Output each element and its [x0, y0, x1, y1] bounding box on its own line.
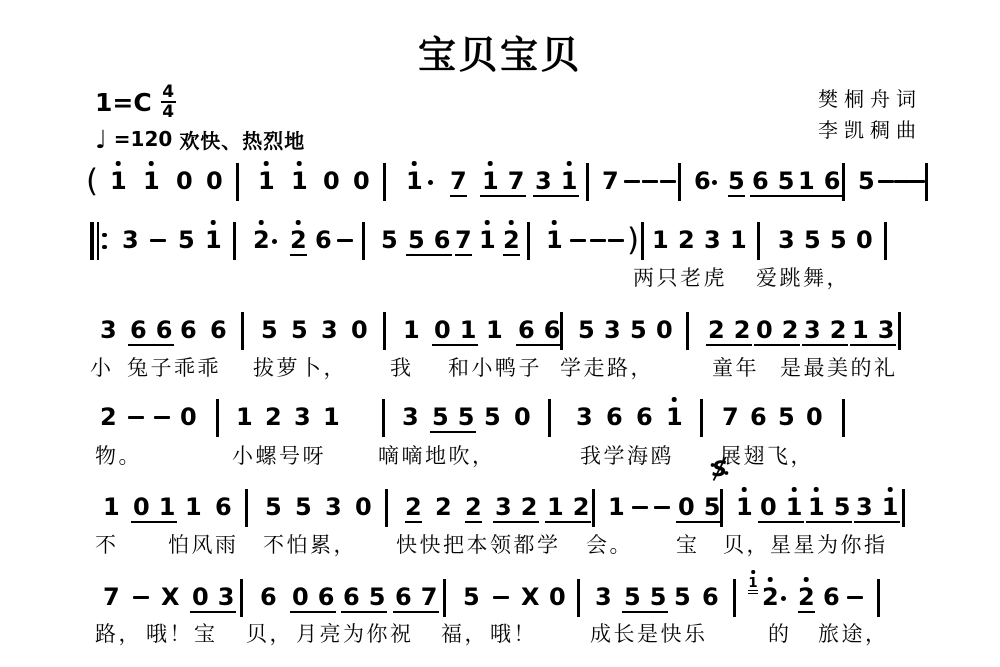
note-digit: 6: [395, 583, 412, 611]
note-digit: 1: [852, 316, 869, 344]
duration-dash: [660, 180, 676, 183]
note: 6: [750, 404, 767, 431]
note-digit: X: [521, 583, 540, 611]
note-digit: 1: [808, 493, 825, 521]
close-paren: ): [627, 221, 639, 259]
note: 0: [549, 584, 566, 611]
octave-dot: [814, 487, 819, 492]
note-digit: 5: [295, 493, 312, 521]
open-paren: (: [86, 162, 98, 200]
note-digit: 1: [406, 167, 423, 195]
barline: [236, 163, 239, 201]
note: 6: [518, 317, 535, 344]
augmentation-dot: [272, 239, 277, 244]
beamed-note-group: 67: [393, 584, 439, 613]
note: 3: [294, 404, 311, 431]
note: 6: [215, 494, 232, 521]
lyric-segment: 月亮为你祝: [296, 618, 414, 648]
lyric-segment: 星星为你指: [770, 529, 888, 559]
note-digit: 0: [856, 226, 873, 254]
lyric-line: 不怕风雨不怕累，快快把本领都学会。宝贝，星星为你指: [0, 529, 1000, 557]
note: 5: [804, 227, 821, 254]
note-digit: 1: [236, 403, 253, 431]
lyric-line: 两只老虎爱跳舞，: [0, 262, 1000, 290]
repeat-thick-bar: [90, 222, 94, 260]
lyric-line: 路，哦！宝贝，月亮为你祝福，哦！成长是快乐的旅途，: [0, 618, 1000, 646]
note: 2: [782, 317, 799, 344]
lyric-segment: 两只老虎: [633, 262, 727, 292]
note-digit: 1: [798, 167, 815, 195]
barline: [382, 399, 385, 437]
note: 6: [752, 168, 769, 195]
note-digit: 5: [408, 226, 425, 254]
note-digit: 6: [636, 403, 653, 431]
note-digit: 5: [265, 493, 282, 521]
note-digit: 5: [178, 226, 195, 254]
note: X: [521, 584, 540, 611]
beamed-note-group: 01: [758, 494, 804, 523]
barline: [842, 163, 845, 201]
note: 6: [130, 317, 147, 344]
note: 3: [704, 227, 721, 254]
note-digit: 5: [830, 226, 847, 254]
beamed-note-group: 56: [406, 227, 452, 256]
octave-dot: [211, 220, 216, 225]
barline: [592, 489, 595, 527]
note: 5: [369, 584, 386, 611]
lyric-segment: 贝，: [723, 529, 770, 559]
note: 0: [133, 494, 150, 521]
note-digit: 6: [750, 403, 767, 431]
key-label: 1=C: [95, 88, 152, 117]
note: 6: [824, 168, 841, 195]
note: 5: [778, 404, 795, 431]
note: 1: [666, 404, 683, 431]
note-digit: 3: [856, 493, 873, 521]
note: 1: [291, 168, 308, 195]
note-digit: 5: [778, 403, 795, 431]
note-digit: 6: [752, 167, 769, 195]
note: 3: [122, 227, 139, 254]
note: 2: [435, 494, 452, 521]
note-digit: 6: [180, 316, 197, 344]
note-digit: 2: [465, 493, 482, 521]
note: 5: [578, 317, 595, 344]
note-digit: 2: [573, 493, 590, 521]
note: 6: [260, 584, 277, 611]
note: 7: [508, 168, 525, 195]
note: 1: [736, 494, 753, 521]
note-digit: 6: [130, 316, 147, 344]
note-digit: 0: [678, 493, 695, 521]
note: 6: [210, 317, 227, 344]
note: 1: [852, 317, 869, 344]
barline: [245, 489, 248, 527]
duration-dash: [128, 416, 144, 419]
note: 1: [882, 494, 899, 521]
note: 0: [180, 404, 197, 431]
note: 5: [463, 584, 480, 611]
note-digit: 1: [666, 403, 683, 431]
barline: [925, 163, 928, 201]
note: 1: [730, 227, 747, 254]
note: 1: [143, 168, 160, 195]
note: 2: [830, 317, 847, 344]
note-digit: 7: [455, 226, 472, 254]
note-digit: 7: [508, 167, 525, 195]
octave-dot: [116, 161, 121, 166]
note: 7: [450, 168, 467, 197]
note: 5: [265, 494, 282, 521]
note-digit: 5: [674, 583, 691, 611]
note-digit: 1: [652, 226, 669, 254]
note: 5: [704, 494, 721, 521]
note-digit: 5: [381, 226, 398, 254]
note: 0: [206, 168, 223, 195]
note: 1: [403, 317, 420, 344]
segno-icon: S: [710, 455, 729, 487]
octave-dot: [672, 397, 677, 402]
note-digit: 3: [122, 226, 139, 254]
note: 7: [602, 168, 619, 195]
tempo-value: =120: [114, 127, 173, 151]
note-digit: 3: [325, 493, 342, 521]
beamed-note-group: 01: [131, 494, 177, 523]
note-digit: 3: [604, 316, 621, 344]
note-digit: 6: [215, 493, 232, 521]
barline: [383, 163, 386, 201]
note: 1: [460, 317, 477, 344]
note: 5: [178, 227, 195, 254]
lyric-segment: 和小鸭子: [448, 352, 542, 382]
barline: [686, 312, 689, 350]
note-digit: 5: [704, 493, 721, 521]
barline: [241, 312, 244, 350]
note: 5: [630, 317, 647, 344]
octave-dot: [567, 161, 572, 166]
time-signature: 4 4: [161, 84, 176, 120]
note-digit: 2: [798, 583, 815, 611]
note: 3: [218, 584, 235, 611]
note: 1: [258, 168, 275, 195]
note: 2: [762, 584, 779, 611]
note: 0: [656, 317, 673, 344]
note: 5: [834, 494, 851, 521]
note-digit: 0: [514, 403, 531, 431]
beamed-note-group: 02: [754, 317, 800, 346]
lyric-segment: 小螺号呀: [232, 440, 326, 470]
note: 3: [804, 317, 821, 344]
note-digit: 1: [547, 493, 564, 521]
octave-dot: [488, 161, 493, 166]
note: 2: [798, 584, 815, 613]
barline: [586, 163, 589, 201]
note: 0: [760, 494, 777, 521]
note: 0: [806, 404, 823, 431]
lyric-segment: 旅途，: [818, 618, 889, 648]
note-digit: 0: [549, 583, 566, 611]
quarter-note-icon: ♩: [95, 127, 107, 152]
barline: [678, 163, 681, 201]
barline: [700, 399, 703, 437]
repeat-dots: [102, 222, 106, 260]
octave-dot: [149, 161, 154, 166]
note: 6: [156, 317, 173, 344]
note: 1: [110, 168, 127, 195]
duration-dash: [337, 239, 353, 242]
note: 1: [561, 168, 578, 195]
duration-dash: [894, 180, 910, 183]
notation-line: 7X0360665675X0355561226: [0, 584, 1000, 614]
repeat-sign: [90, 222, 107, 260]
note: 1: [482, 168, 499, 195]
duration-dash: [493, 596, 509, 599]
lyric-segment: 小: [90, 352, 114, 382]
note: 3: [535, 168, 552, 195]
note-digit: 1: [291, 167, 308, 195]
note: 5: [484, 404, 501, 431]
song-title: 宝贝宝贝: [0, 33, 1000, 77]
note: 1: [547, 494, 564, 521]
note: 1: [808, 494, 825, 521]
duration-dash: [878, 180, 894, 183]
note: 1: [786, 494, 803, 521]
note-digit: 3: [576, 403, 593, 431]
note: 6: [315, 227, 332, 254]
note: 3: [778, 227, 795, 254]
duration-dash: [150, 239, 166, 242]
note-digit: 1: [205, 226, 222, 254]
note-digit: 2: [253, 226, 270, 254]
note-digit: 0: [292, 583, 309, 611]
note-digit: 1: [730, 226, 747, 254]
note: 2: [734, 317, 751, 344]
note: 6: [823, 584, 840, 611]
note: 2: [100, 404, 117, 431]
lyric-line: 小兔子乖乖拔萝卜，我和小鸭子学走路，童年是最美的礼: [0, 352, 1000, 380]
note-digit: 1: [608, 493, 625, 521]
note: 0: [192, 584, 209, 611]
note: 3: [604, 317, 621, 344]
note: 2: [521, 494, 538, 521]
lyric-segment: 不: [95, 529, 119, 559]
note: 0: [353, 168, 370, 195]
octave-dot: [552, 220, 557, 225]
note: 7: [421, 584, 438, 611]
note: 3: [100, 317, 117, 344]
note-digit: 0: [760, 493, 777, 521]
note-digit: 2: [290, 226, 307, 254]
note-digit: 6: [434, 226, 451, 254]
note: 7: [722, 404, 739, 431]
duration-dash: [642, 180, 658, 183]
note-digit: 5: [291, 316, 308, 344]
note: 0: [434, 317, 451, 344]
lyric-segment: 学走路，: [560, 352, 654, 382]
note-digit: 1: [323, 403, 340, 431]
repeat-thin-bar: [97, 222, 99, 260]
barline: [902, 489, 905, 527]
duration-dash: [154, 416, 170, 419]
barline: [362, 222, 365, 260]
note-digit: 5: [858, 167, 875, 195]
note-digit: 2: [782, 316, 799, 344]
note-digit: 5: [630, 316, 647, 344]
note: 2: [678, 227, 695, 254]
note: 3: [325, 494, 342, 521]
octave-dot: [296, 220, 301, 225]
beamed-note-group: 05: [676, 494, 722, 523]
note: 3: [576, 404, 593, 431]
note-digit: 3: [535, 167, 552, 195]
note-digit: 6: [315, 226, 332, 254]
beamed-note-group: 65: [750, 168, 796, 197]
notation-line: 10116553022232121051011531: [0, 494, 1000, 524]
note-digit: 5: [650, 583, 667, 611]
lyric-segment: 拔萝卜，: [253, 352, 347, 382]
note-digit: 6: [823, 583, 840, 611]
note: 0: [292, 584, 309, 611]
note-digit: 7: [421, 583, 438, 611]
note-digit: 3: [100, 316, 117, 344]
note-digit: 0: [355, 493, 372, 521]
lyric-segment: 童年: [712, 352, 759, 382]
duration-dash: [847, 596, 863, 599]
note-digit: 3: [778, 226, 795, 254]
note-digit: 1: [185, 493, 202, 521]
note-digit: 0: [206, 167, 223, 195]
note: 6: [694, 168, 711, 195]
note: 3: [495, 494, 512, 521]
note: 5: [778, 168, 795, 195]
note-digit: 1: [479, 226, 496, 254]
note-digit: 1: [258, 167, 275, 195]
note: 6: [636, 404, 653, 431]
beamed-note-group: 13: [850, 317, 896, 346]
beamed-note-group: 31: [533, 168, 579, 197]
duration-dash: [624, 180, 640, 183]
note: 0: [678, 494, 695, 521]
note: 1: [652, 227, 669, 254]
note: 3: [595, 584, 612, 611]
note: 2: [290, 227, 307, 256]
note: 2: [253, 227, 270, 254]
note: 5: [728, 168, 745, 197]
lyric-segment: 的: [768, 618, 792, 648]
note: 3: [878, 317, 895, 344]
barline: [720, 489, 723, 527]
note-digit: 2: [405, 493, 422, 521]
lyric-segment: 会。: [586, 529, 633, 559]
note-digit: 1: [882, 493, 899, 521]
beamed-note-group: 55: [622, 584, 668, 613]
duration-dash: [608, 239, 624, 242]
note-digit: 6: [824, 167, 841, 195]
note-digit: 6: [702, 583, 719, 611]
note-digit: 1: [403, 316, 420, 344]
note-digit: 1: [546, 226, 563, 254]
beamed-note-group: 16: [796, 168, 842, 197]
note: 5: [295, 494, 312, 521]
note-digit: 6: [318, 583, 335, 611]
note-digit: 6: [260, 583, 277, 611]
beamed-note-group: 03: [190, 584, 236, 613]
note: 5: [624, 584, 641, 611]
note-digit: 1: [110, 167, 127, 195]
octave-dot: [412, 161, 417, 166]
note: 1: [323, 404, 340, 431]
lyric-segment: 快快把本领都学: [396, 529, 561, 559]
note-digit: 5: [458, 403, 475, 431]
note-digit: 0: [133, 493, 150, 521]
octave-dot: [792, 487, 797, 492]
note: 6: [702, 584, 719, 611]
note: 5: [261, 317, 278, 344]
lyric-segment: 路，: [95, 618, 142, 648]
note: 0: [351, 317, 368, 344]
note: 6: [318, 584, 335, 611]
lyric-segment: 展翅飞，: [720, 440, 814, 470]
note-digit: 5: [578, 316, 595, 344]
grace-note: 1: [748, 574, 758, 594]
note-digit: 1: [103, 493, 120, 521]
note-digit: 5: [463, 583, 480, 611]
note: 0: [756, 317, 773, 344]
note: 5: [650, 584, 667, 611]
note: 6: [395, 584, 412, 611]
barline: [877, 579, 880, 617]
barline: [233, 222, 236, 260]
lyric-segment: 爱跳舞，: [756, 262, 850, 292]
note-digit: 3: [878, 316, 895, 344]
note: 1: [236, 404, 253, 431]
note-digit: 5: [261, 316, 278, 344]
note: 0: [176, 168, 193, 195]
octave-dot: [804, 577, 809, 582]
note: 5: [830, 227, 847, 254]
note: 6: [544, 317, 561, 344]
note-digit: 5: [804, 226, 821, 254]
duration-dash: [909, 180, 925, 183]
note-digit: 1: [748, 575, 757, 591]
time-signature-denominator: 4: [162, 104, 174, 120]
note-digit: 7: [450, 167, 467, 195]
lyric-segment: 兔子乖乖: [127, 352, 221, 382]
note: 1: [406, 168, 423, 195]
note-digit: 2: [708, 316, 725, 344]
time-signature-numerator: 4: [162, 84, 174, 100]
octave-dot: [485, 220, 490, 225]
note-digit: 6: [343, 583, 360, 611]
note-digit: 2: [521, 493, 538, 521]
note-digit: 7: [103, 583, 120, 611]
lyric-segment: 不怕累，: [263, 529, 357, 559]
lyric-segment: 宝: [194, 618, 218, 648]
note: 1: [546, 227, 563, 254]
note-digit: 0: [806, 403, 823, 431]
barline: [240, 579, 243, 617]
barline: [898, 312, 901, 350]
lyric-line: 物。小螺号呀嘀嘀地吹，我学海鸥展翅飞，: [0, 440, 1000, 468]
note-digit: 5: [369, 583, 386, 611]
note-digit: 3: [321, 316, 338, 344]
beamed-note-group: 55: [430, 404, 476, 433]
note: 6: [606, 404, 623, 431]
note: 5: [674, 584, 691, 611]
note: 1: [103, 494, 120, 521]
barline: [385, 489, 388, 527]
lyric-segment: 哦！: [490, 618, 537, 648]
